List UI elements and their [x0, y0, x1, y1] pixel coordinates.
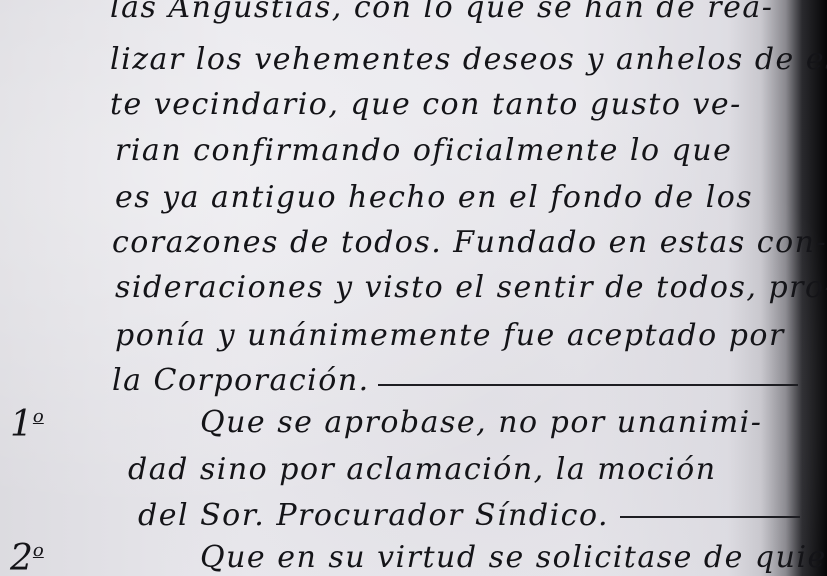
resolution-1-line-3: del Sor. Procurador Síndico. — [138, 498, 609, 533]
resolution-2-line-1: Que en su virtud se solicitase de quien — [200, 540, 827, 575]
resolution-1-line-2: dad sino por aclamación, la moción — [128, 452, 717, 487]
text-line-7: sideraciones y visto el sentir de todos,… — [115, 270, 827, 305]
text-line-2: lizar los vehementes deseos y anhelos de… — [110, 42, 827, 77]
resolution-number-1: 1o — [10, 404, 44, 445]
text-line-5: es ya antiguo hecho en el fondo de los — [115, 180, 753, 215]
resolution-1-rule — [620, 516, 800, 518]
resolution-number-2: 2o — [10, 538, 44, 576]
text-line-1: las Angustias, con lo que se han de rea- — [110, 0, 773, 25]
text-line-8: ponía y unánimemente fue aceptado por — [115, 318, 785, 353]
resolution-1-line-1: Que se aprobase, no por unanimi- — [200, 405, 762, 440]
manuscript-page: las Angustias, con lo que se han de rea-… — [0, 0, 827, 576]
text-line-6: corazones de todos. Fundado en estas con… — [112, 225, 827, 260]
text-line-3: te vecindario, que con tanto gusto ve- — [110, 87, 742, 122]
text-line-4: rian confirmando oficialmente lo que — [115, 133, 732, 168]
text-line-9: la Corporación. — [112, 363, 370, 398]
closing-rule — [378, 384, 798, 386]
